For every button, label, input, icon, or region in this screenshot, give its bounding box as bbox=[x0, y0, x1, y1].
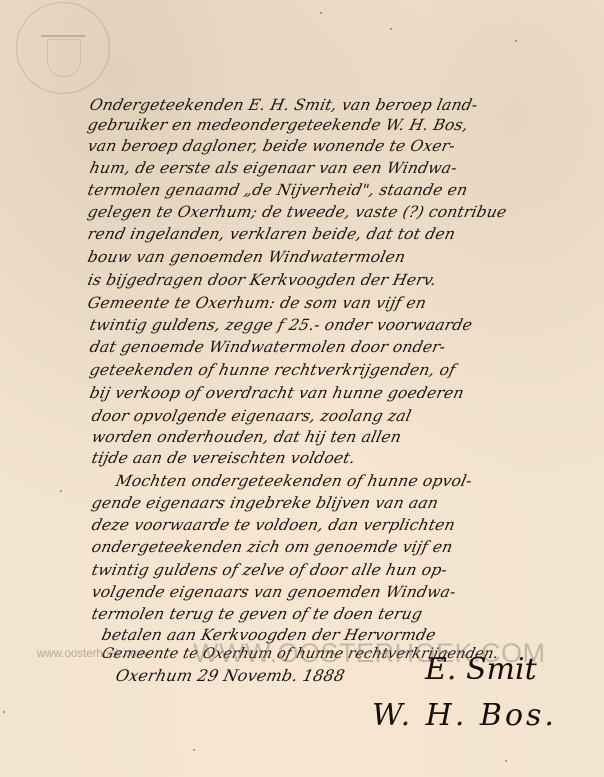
text-line: rend ingelanden, verklaren beide, dat to… bbox=[86, 225, 457, 243]
text-line: twintig guldens, zegge f 25.- onder voor… bbox=[88, 316, 474, 334]
text-line: deze voorwaarde te voldoen, dan verplich… bbox=[90, 516, 457, 534]
text-line: worden onderhouden, dat hij ten allen bbox=[90, 428, 403, 446]
scanned-document-page: Ondergeteekenden E. H. Smit, van beroep … bbox=[0, 0, 604, 777]
text-line: is bijgedragen door Kerkvoogden der Herv… bbox=[86, 271, 438, 289]
embossed-seal-icon bbox=[16, 2, 110, 94]
watermark-small: www.oosterhoek.com bbox=[37, 648, 146, 660]
text-line: Mochten ondergeteekenden of hunne opvol- bbox=[114, 472, 474, 490]
text-line: termolen genaamd „de Nijverheid", staand… bbox=[86, 181, 469, 199]
text-line: tijde aan de vereischten voldoet. bbox=[90, 449, 357, 467]
text-line: door opvolgende eigenaars, zoolang zal bbox=[90, 407, 413, 425]
text-line: van beroep dagloner, beide wonende te Ox… bbox=[86, 137, 457, 155]
text-line: dat genoemde Windwatermolen door onder- bbox=[88, 338, 447, 356]
text-line: bij verkoop of overdracht van hunne goed… bbox=[88, 384, 466, 402]
text-line: gende eigenaars ingebreke blijven van aa… bbox=[90, 494, 440, 512]
text-line: gebruiker en medeondergeteekende W. H. B… bbox=[86, 116, 470, 134]
signature-smit: E. Smit bbox=[425, 652, 537, 687]
text-line: Ondergeteekenden E. H. Smit, van beroep … bbox=[88, 96, 479, 114]
signature-bos: W. H. Bos. bbox=[372, 698, 557, 733]
text-line: twintig guldens of zelve of door alle hu… bbox=[90, 561, 449, 579]
place-date: Oxerhum 29 Novemb. 1888 bbox=[114, 666, 347, 685]
text-line: bouw van genoemden Windwatermolen bbox=[86, 248, 407, 266]
text-line: Gemeente te Oxerhum: de som van vijf en bbox=[86, 294, 428, 312]
text-line: hum, de eerste als eigenaar van een Wind… bbox=[88, 159, 459, 177]
text-line: gelegen te Oxerhum; de tweede, vaste (?)… bbox=[86, 203, 508, 221]
text-line: ondergeteekenden zich om genoemde vijf e… bbox=[90, 538, 454, 556]
text-line: termolen terug te geven of te doen terug bbox=[90, 605, 424, 623]
text-line: geteekenden of hunne rechtverkrijgenden,… bbox=[88, 361, 457, 379]
text-line: volgende eigenaars van genoemden Windwa- bbox=[90, 583, 457, 601]
